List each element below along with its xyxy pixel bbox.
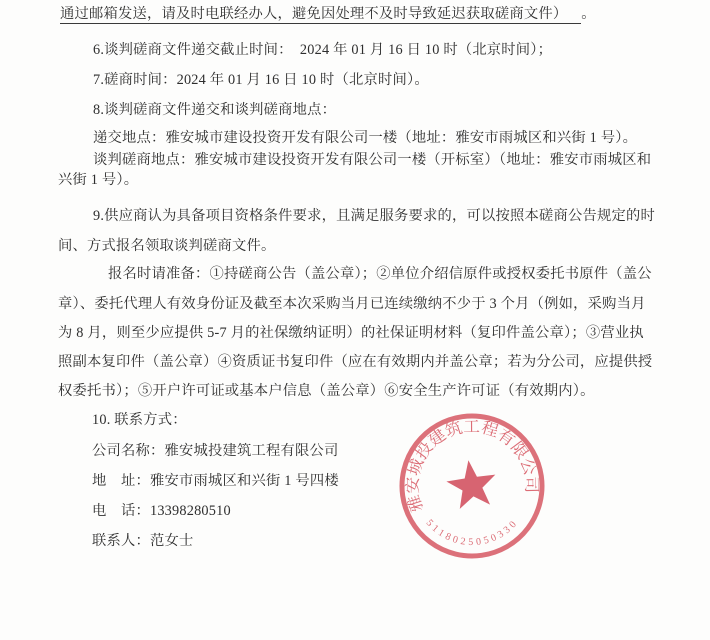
line-item-9-part-1: 9.供应商认为具备项目资格条件要求，且满足服务要求的，可以按照本磋商公告规定的时 [93, 208, 655, 225]
line-negotiation-location-1: 谈判磋商地点：雅安城市建设投资开发有限公司一楼（开标室）（地址：雅安市雨城区和 [93, 152, 651, 169]
line-address: 地 址：雅安市雨城区和兴街 1 号四楼 [92, 473, 339, 490]
line-item-6: 6.谈判磋商文件递交截止时间： 2024 年 01 月 16 日 10 时（北京… [93, 42, 552, 59]
seal-star-icon [444, 457, 499, 510]
line-item-10: 10. 联系方式： [92, 412, 187, 429]
line-negotiation-location-2: 兴街 1 号）。 [58, 172, 138, 189]
line-registration-5: 权委托书）；⑤开户许可证或基本户信息（盖公章）⑥安全生产许可证（有效期内）。 [58, 383, 595, 400]
line-item-9-part-2: 间、方式报名领取谈判磋商文件。 [58, 238, 275, 255]
line-registration-3: 为 8 月，则至少应提供 5-7 月的社保缴纳证明）的社保证明材料（复印件盖公章… [58, 325, 644, 342]
seal-company-arc-text: 雅安城投建筑工程有限公司 [395, 409, 543, 515]
line-item-8: 8.谈判磋商文件递交和谈判磋商地点： [93, 102, 336, 119]
intro-tail-text: 。 [581, 6, 596, 22]
intro-underlined-text: 通过邮箱发送，请及时电联经办人，避免因处理不及时导致延迟获取磋商文件） [60, 6, 581, 24]
line-phone: 电 话：13398280510 [92, 503, 231, 520]
line-intro-continuation: 通过邮箱发送，请及时电联经办人，避免因处理不及时导致延迟获取磋商文件）。 [60, 6, 596, 23]
line-item-7: 7.磋商时间：2024 年 01 月 16 日 10 时（北京时间）。 [93, 72, 429, 89]
line-registration-2: 章）、委托代理人有效身份证及截至本次采购当月已连续缴纳不少于 3 个月（例如，采… [58, 296, 646, 313]
seal-number-arc-text: 5118025050330 [423, 505, 524, 554]
line-contact-person: 联系人：范女士 [92, 533, 193, 550]
line-registration-4: 照副本复印件（盖公章）④资质证书复印件（应在有效期内并盖公章；若为分公司，应提供… [58, 354, 652, 371]
line-company-name: 公司名称：雅安城投建筑工程有限公司 [92, 443, 338, 460]
line-submit-location: 递交地点：雅安城市建设投资开发有限公司一楼（地址：雅安市雨城区和兴街 1 号）。 [93, 130, 637, 147]
company-seal-stamp: 雅安城投建筑工程有限公司 5118025050330 [387, 401, 557, 571]
line-registration-1: 报名时请准备：①持磋商公告（盖公章）；②单位介绍信原件或授权委托书原件（盖公 [108, 266, 652, 283]
scanned-document-page: 通过邮箱发送，请及时电联经办人，避免因处理不及时导致延迟获取磋商文件）。 6.谈… [0, 0, 710, 640]
seal-ring [393, 407, 551, 565]
